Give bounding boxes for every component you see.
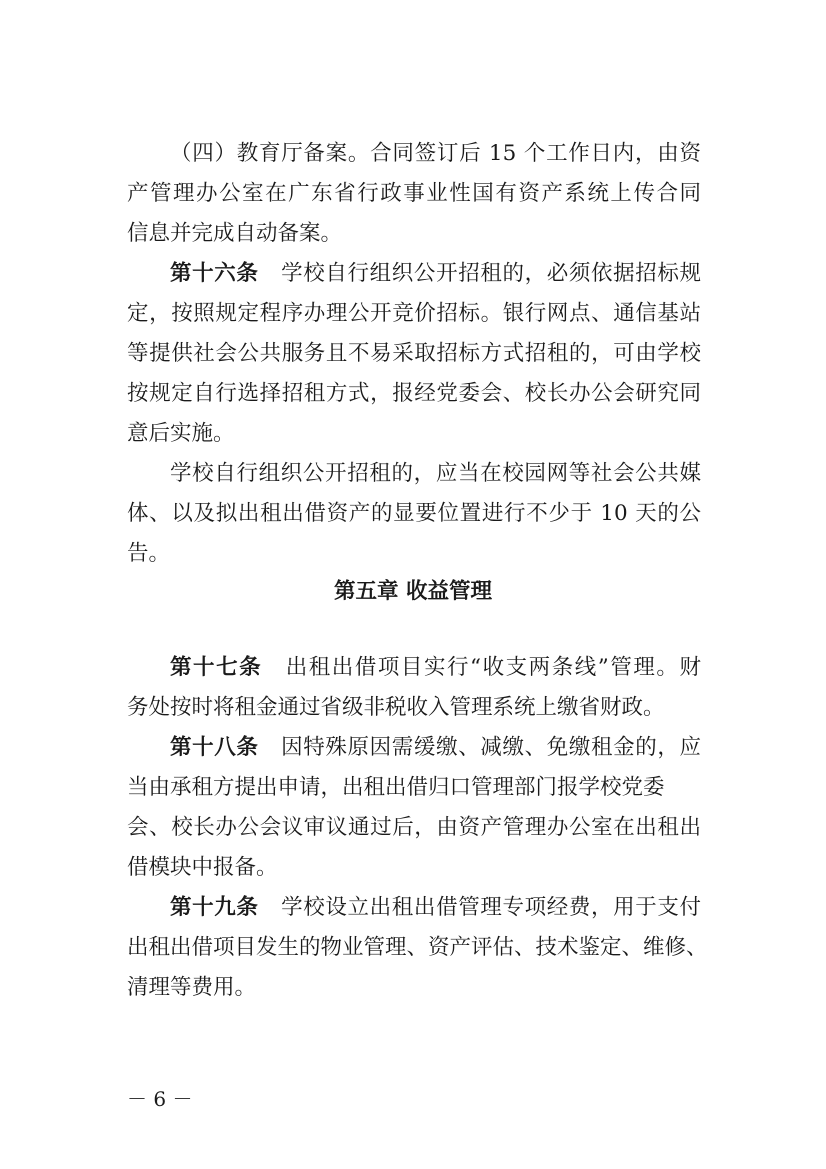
article-17-text: 出租出借项目实行“收支两条线”管理。财: [284, 655, 701, 680]
paragraph-line: 等提供社会公共服务且不易采取招标方式招租的，可由学校: [127, 334, 701, 374]
article-19-label: 第十九条: [170, 895, 259, 920]
article-16-line: 第十六条学校自行组织公开招租的，必须依据招标规: [127, 254, 701, 294]
paragraph-line: 定，按照规定程序办理公开竞价招标。银行网点、通信基站: [127, 294, 701, 334]
article-19-line: 第十九条学校设立出租出借管理专项经费，用于支付: [127, 888, 701, 928]
paragraph-line: 务处按时将租金通过省级非税收入管理系统上缴省财政。: [127, 688, 701, 728]
paragraph-line: 会、校长办公会议审议通过后，由资产管理办公室在出租出: [127, 808, 701, 848]
article-18-label: 第十八条: [170, 735, 259, 760]
paragraph-line: 按规定自行选择招租方式，报经党委会、校长办公会研究同: [127, 374, 701, 414]
article-17-label: 第十七条: [170, 655, 262, 680]
paragraph-line: 体、以及拟出租出借资产的显要位置进行不少于 10 天的公: [127, 494, 701, 534]
article-16-text: 学校自行组织公开招租的，必须依据招标规: [281, 261, 701, 286]
page-number: － 6 －: [127, 1084, 192, 1114]
paragraph-line: 意后实施。: [127, 414, 701, 454]
article-19-text: 学校设立出租出借管理专项经费，用于支付: [281, 895, 701, 920]
paragraph-line: 清理等费用。: [127, 968, 701, 1008]
paragraph-line: 信息并完成自动备案。: [127, 214, 701, 254]
article-18-text: 因特殊原因需缓缴、减缴、免缴租金的，应: [281, 735, 701, 760]
document-page: （四）教育厅备案。合同签订后 15 个工作日内，由资 产管理办公室在广东省行政事…: [0, 0, 826, 1169]
paragraph-line: （四）教育厅备案。合同签订后 15 个工作日内，由资: [127, 134, 701, 174]
article-17-line: 第十七条出租出借项目实行“收支两条线”管理。财: [127, 648, 701, 688]
article-18-line: 第十八条因特殊原因需缓缴、减缴、免缴租金的，应: [127, 728, 701, 768]
paragraph-line: 出租出借项目发生的物业管理、资产评估、技术鉴定、维修、: [127, 928, 701, 968]
chapter-heading: 第五章 收益管理: [0, 572, 826, 612]
article-16-label: 第十六条: [170, 261, 259, 286]
paragraph-line: 产管理办公室在广东省行政事业性国有资产系统上传合同: [127, 174, 701, 214]
paragraph-line: 当由承租方提出申请，出租出借归口管理部门报学校党委: [127, 768, 701, 808]
paragraph-line: 告。: [127, 534, 701, 574]
paragraph-line: 学校自行组织公开招租的，应当在校园网等社会公共媒: [127, 454, 701, 494]
paragraph-line: 借模块中报备。: [127, 848, 701, 888]
